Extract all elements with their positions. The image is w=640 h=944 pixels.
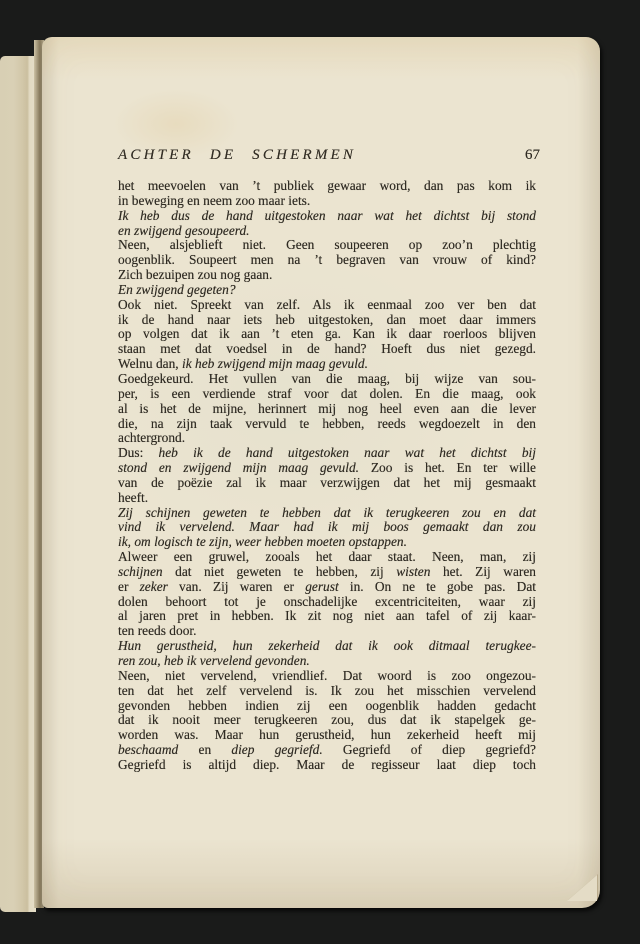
text-line: Alweer een gruwel, zooals het daar staat…	[118, 550, 536, 565]
text-line: dat ik nooit meer terugkeeren zou, dus d…	[118, 713, 536, 728]
text-line: gevonden hebben indien zij een oogenblik…	[118, 699, 536, 714]
page-number: 67	[525, 147, 540, 164]
text-line: Dus: heb ik de hand uitgestoken naar wat…	[118, 446, 536, 461]
folded-corner	[568, 874, 598, 900]
text-line: op volgen dat ik aan ’t eten ga. Kan ik …	[118, 327, 536, 342]
text-line: al is het de mijne, herinnert mij nog he…	[118, 402, 536, 417]
text-line: Neen, niet vervelend, vriendlief. Dat wo…	[118, 669, 536, 684]
text-line: staan met dat voedsel in de hand? Hoeft …	[118, 342, 536, 357]
text-line: ten reeds door.	[118, 624, 536, 639]
text-line: Zij schijnen geweten te hebben dat ik te…	[118, 506, 536, 521]
text-line: Neen, alsjeblieft niet. Geen soupeeren o…	[118, 238, 536, 253]
running-header: ACHTER DE SCHERMEN 67	[118, 147, 536, 164]
text-line: schijnen dat niet geweten te hebben, zij…	[118, 565, 536, 580]
text-line: Gegriefd is altijd diep. Maar de regisse…	[118, 758, 536, 773]
text-line: En zwijgend gegeten?	[118, 283, 536, 298]
text-line: die, na zijn taak vervuld te hebben, ree…	[118, 417, 536, 432]
text-line: het meevoelen van ’t publiek gewaar word…	[118, 179, 536, 194]
text-line: ren zou, heb ik vervelend gevonden.	[118, 654, 536, 669]
chapter-title: ACHTER DE SCHERMEN	[118, 147, 356, 164]
text-line: vind ik vervelend. Maar had ik mij boos …	[118, 520, 536, 535]
text-line: oogenblik. Soupeert men na ’t begraven v…	[118, 253, 536, 268]
text-line: per, is een verdiende straf voor dat dol…	[118, 387, 536, 402]
text-line: stond en zwijgend mijn maag gevuld. Zoo …	[118, 461, 536, 476]
text-line: worden was. Maar hun gerustheid, hun zek…	[118, 728, 536, 743]
text-line: Ik heb dus de hand uitgestoken naar wat …	[118, 209, 536, 224]
text-line: en zwijgend gesoupeerd.	[118, 224, 536, 239]
scanned-book-photo: { "colors": { "background": "#1a1b1a", "…	[0, 0, 640, 944]
text-line: ik, om logisch te zijn, weer hebben moet…	[118, 535, 536, 550]
text-line: Welnu dan, ik heb zwijgend mijn maag gev…	[118, 357, 536, 372]
text-area: ACHTER DE SCHERMEN 67 het meevoelen van …	[118, 147, 536, 773]
body-text: het meevoelen van ’t publiek gewaar word…	[118, 179, 536, 773]
text-line: ten dat het zelf vervelend is. Ik zou he…	[118, 684, 536, 699]
book-page: ACHTER DE SCHERMEN 67 het meevoelen van …	[42, 37, 600, 908]
text-line: Hun gerustheid, hun zekerheid dat ik ook…	[118, 639, 536, 654]
text-line: ik de hand naar iets heb uitgestoken, da…	[118, 313, 536, 328]
text-line: er zeker van. Zij waren er gerust in. On…	[118, 580, 536, 595]
text-line: achtergrond.	[118, 431, 536, 446]
text-line: heeft.	[118, 491, 536, 506]
text-line: dolen behoort tot je onschadelijke excen…	[118, 595, 536, 610]
text-line: Ook niet. Spreekt van zelf. Als ik eenma…	[118, 298, 536, 313]
text-line: Zich bezuipen zou nog gaan.	[118, 268, 536, 283]
text-line: beschaamd en diep gegriefd. Gegriefd of …	[118, 743, 536, 758]
text-line: in beweging en neem zoo maar iets.	[118, 194, 536, 209]
text-line: Goedgekeurd. Het vullen van die maag, bi…	[118, 372, 536, 387]
text-line: al jaren pret in hebben. Ik zit nog niet…	[118, 609, 536, 624]
text-line: van de poëzie zal ik maar verzwijgen dat…	[118, 476, 536, 491]
underlying-pages-edge	[0, 56, 36, 912]
